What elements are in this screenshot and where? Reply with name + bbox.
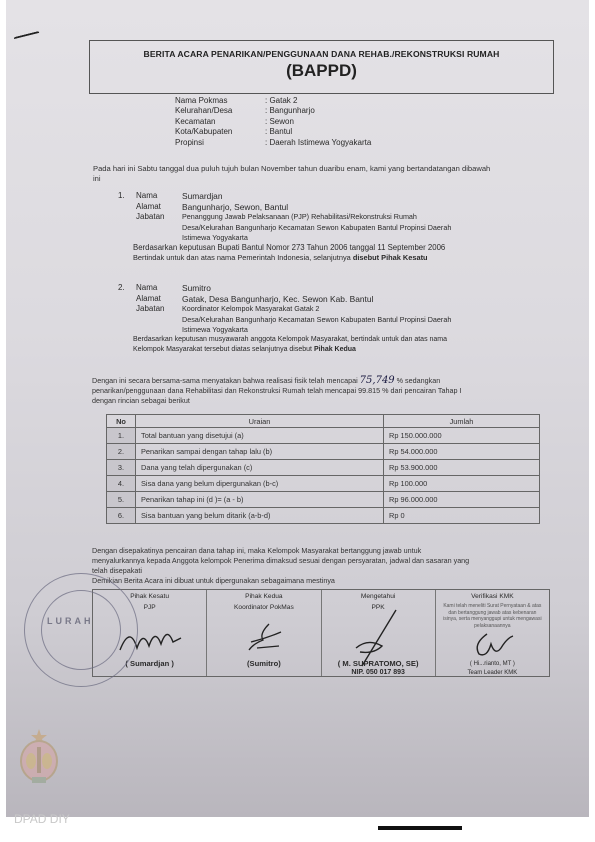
table-header-row: No Uraian Jumlah bbox=[107, 415, 540, 428]
table-row: 6.Sisa bantuan yang belum ditarik (a-b-d… bbox=[107, 508, 540, 524]
info-row: PropinsiDaerah Istimewa Yogyakarta bbox=[175, 138, 371, 148]
signature-pihak-kedua: Pihak Kedua Koordinator PokMas (Sumitro) bbox=[207, 590, 321, 676]
official-stamp: LURAH bbox=[24, 573, 138, 687]
document-title-box: BERITA ACARA PENARIKAN/PENGGUNAAN DANA R… bbox=[89, 40, 554, 94]
info-row: Kota/KabupatenBantul bbox=[175, 127, 371, 137]
pokmas-info: Nama PokmasGatak 2 Kelurahan/DesaBangunh… bbox=[175, 96, 371, 148]
table-row: 4.Sisa dana yang belum dipergunakan (b-c… bbox=[107, 476, 540, 492]
info-row: KecamatanSewon bbox=[175, 117, 371, 127]
info-row: Nama PokmasGatak 2 bbox=[175, 96, 371, 106]
signature-mark bbox=[239, 620, 289, 656]
rincian-table: No Uraian Jumlah 1.Total bantuan yang di… bbox=[106, 414, 540, 524]
emblem-icon bbox=[14, 727, 64, 787]
signature-mengetahui: Mengetahui PPK ( M. SUPRATOMO, SE) NIP. … bbox=[322, 590, 436, 676]
handwritten-percent: 75,749 bbox=[360, 375, 395, 386]
table-row: 5.Penarikan tahap ini (d )= (a - b)Rp 96… bbox=[107, 492, 540, 508]
party-two: 2.NamaSumitro AlamatGatak, Desa Bangunha… bbox=[118, 283, 451, 356]
party-two-name: Sumitro bbox=[182, 283, 211, 294]
table-row: 1.Total bantuan yang disetujui (a)Rp 150… bbox=[107, 428, 540, 444]
party-one-name: Sumardjan bbox=[182, 191, 223, 202]
pen-mark bbox=[14, 31, 41, 43]
closing-paragraph: Dengan disepakatinya pencairan dana taha… bbox=[92, 546, 469, 586]
signature-table: Pihak Kesatu PJP ( Sumardjan ) Pihak Ked… bbox=[92, 589, 550, 677]
party-one: 1.NamaSumardjan AlamatBangunharjo, Sewon… bbox=[118, 191, 451, 264]
statement-paragraph: Dengan ini secara bersama-sama menyataka… bbox=[92, 376, 461, 406]
scan-mark bbox=[378, 826, 462, 830]
document-subtitle: (BAPPD) bbox=[90, 61, 553, 81]
table-row: 3.Dana yang telah dipergunakan (c)Rp 53.… bbox=[107, 460, 540, 476]
table-row: 2.Penarikan sampai dengan tahap lalu (b)… bbox=[107, 444, 540, 460]
document-title: BERITA ACARA PENARIKAN/PENGGUNAAN DANA R… bbox=[90, 49, 553, 59]
signature-verifikasi-kmk: Verifikasi KMK Kami telah meneliti Surat… bbox=[436, 590, 549, 676]
watermark: DPAD DIY bbox=[14, 812, 70, 826]
info-row: Kelurahan/DesaBangunharjo bbox=[175, 106, 371, 116]
intro-paragraph: Pada hari ini Sabtu tanggal dua puluh tu… bbox=[93, 164, 490, 184]
signature-mark bbox=[467, 630, 517, 660]
